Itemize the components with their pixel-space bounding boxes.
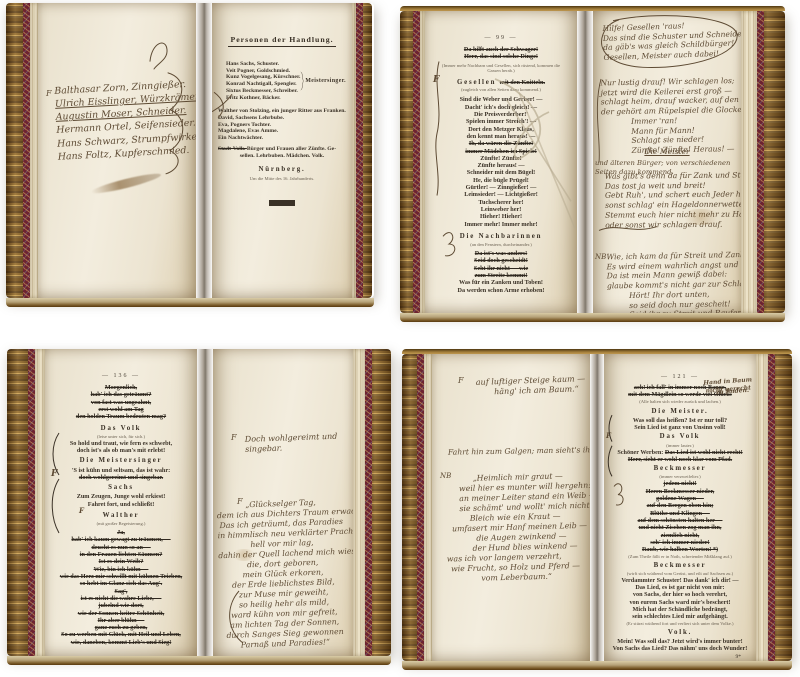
text-line: Da werden schon Arme erhoben! [431, 287, 571, 294]
text-line: Ist es dein Weib? [51, 558, 191, 565]
text-line: Seht ihr nicht — wie [431, 265, 571, 272]
text-line: Ja, [51, 529, 191, 536]
hand-heading-text: Die Meister [644, 147, 689, 156]
marbled-edge [417, 354, 424, 661]
text-line: Morgenlich, [51, 384, 191, 391]
text-line: erst wohl am Tag [51, 406, 191, 413]
text-line: Magdalene, Evas Amme. [218, 128, 346, 135]
text-line: 'S ist kühn und seltsam, das ist wahr: [51, 467, 191, 474]
text-line: Sachs [51, 484, 191, 492]
book-photo-top-left: F Balthasar Zorn, Zinngießer.Ulrich Eiss… [6, 3, 374, 307]
book-bottom-edge [7, 656, 391, 665]
text-line: auf den Bergen oben hin; [609, 502, 751, 509]
text-line: Immer mehr! Immer mehr! [431, 221, 571, 228]
text-line: deucht es nun so an — [51, 544, 191, 551]
text-line: sellen. Lehrbuben. Mädchen. Volk. [218, 153, 346, 160]
book-photo-bottom-left: — 136 —Morgenlich,hab' ich das geträumt?… [7, 349, 391, 665]
hand-block: auf luftiger Steige kaum —häng' ich am B… [476, 374, 586, 398]
text-line: hab' ich kaum gewagt zu träumen, — [51, 536, 191, 543]
text-line: Sind die Weber und Gerber! — [431, 96, 571, 103]
text-line: wie, daneben, kommt Lieb's und Sieg! [51, 639, 191, 646]
hand-line: Doch wohlgereimt und singebar. [245, 431, 353, 455]
text-line: Volk. [609, 629, 751, 637]
text-line: Wie, bin ich kühn — [51, 566, 191, 573]
cast-rest: Walther von Stolzing, ein junger Ritter … [218, 108, 346, 206]
book-bottom-edge [402, 661, 792, 670]
text-line: goldene Wagen — [609, 495, 751, 502]
text-segment: Bürger und Frauen aller Zünfte. Ge- [247, 146, 336, 152]
fore-edge-pages [353, 349, 365, 656]
hand-block: Was gibt's denn da für Zank und Streit?D… [605, 170, 741, 230]
margin-mark: F [51, 469, 57, 480]
text-line: (mit großer Begeisterung.) [51, 521, 191, 527]
text-line: seh' ich immer nieder! [609, 539, 751, 546]
text-line: immer Mädchen im Spiele! [431, 148, 571, 155]
text-line: Hans Sachs, Schuster. [226, 61, 300, 68]
printed-verse: — 136 —Morgenlich,hab' ich das geträumt?… [45, 349, 197, 646]
book-cover-right [768, 354, 792, 661]
nb-margin-mark: NB [595, 253, 606, 261]
text-line: Zum Zeugen, Junge wohl erkiest! [51, 493, 191, 500]
text-line: Sag', [51, 588, 191, 595]
text-line: den holden Traum bedeuten mag? [51, 413, 191, 420]
left-page-manuscript: F Balthasar Zorn, Zinngießer.Ulrich Eiss… [38, 3, 196, 298]
book-bottom-edge [6, 298, 374, 307]
text-line: Was gibt's denn da für Zank und Streit? [605, 170, 741, 181]
text-line: ganz euch zu geben, [51, 624, 191, 631]
text-line: Die Preisverderber!' [431, 111, 571, 118]
text-line: Walther [51, 512, 191, 520]
page-block-edge-left [30, 3, 38, 298]
text-line: Herrn Beckmesser nieder, [609, 488, 751, 495]
hand-block: Nur lustig drauf! Wir schlagen los;jetzt… [600, 76, 741, 157]
book-bottom-edge [400, 313, 785, 322]
book-gutter [197, 349, 213, 656]
cast-group-label: Meistersinger. [305, 78, 346, 85]
book-cover-right [356, 3, 372, 298]
page-stain [231, 549, 257, 561]
text-segment: Schöner Werben: [617, 449, 665, 456]
book-cover-left [400, 11, 420, 313]
text-line: Herr, das sind solche Dinge! [431, 53, 571, 60]
page-title: Personen der Handlung. [228, 35, 335, 47]
text-line: Schöner Werben: Das Lied ist wohl nicht … [609, 449, 751, 456]
cast-list: Hans Sachs, Schuster.Veit Pogner, Goldsc… [226, 61, 300, 101]
text-line: So zu werben mit Glück, mit Heil und Leb… [51, 631, 191, 638]
right-page-printed: Personen der Handlung. Hans Sachs, Schus… [212, 3, 352, 298]
text-line: (Er stürzt wüthend fort und verliert sic… [609, 621, 751, 627]
book-gutter [590, 354, 604, 661]
text-line: (Immer mehr Nachbarn und Gesellen, sich … [431, 63, 571, 74]
text-segment: mit den Knitteln. [500, 79, 545, 86]
text-line: Da hilft auch der Schwager! [431, 46, 571, 53]
text-line: jubelnd wie dort, [51, 602, 191, 609]
marbled-edge [365, 349, 372, 656]
page-block-edge-left [424, 354, 432, 661]
text-segment: Stadt-Volk. [218, 146, 247, 152]
marbled-edge [28, 349, 35, 656]
text-line: Veit Pogner, Goldschmied. [226, 68, 300, 75]
book-gutter [577, 11, 593, 313]
text-line: — 99 — [431, 35, 571, 42]
text-line: Kunz Vogelgesang, Kürschner. [226, 74, 300, 81]
text-line: Tuchscherer her! [431, 199, 571, 206]
text-line: Was für ein Zanken und Toben! [431, 279, 571, 286]
serenade-draft: „Heimlich mir graut —weil hier es munter… [459, 470, 590, 584]
text-line: Herr, sieht er wohl noch klar vom Pfad. [609, 456, 751, 463]
text-line: Fahret fort, und schließt! [51, 501, 191, 508]
text-line: Fritz Kothner, Bäcker. [226, 95, 300, 102]
text-line: So hold und traut, wie fern es schwebt, [51, 440, 191, 447]
text-line: — 136 — [51, 373, 191, 380]
hand-line: Fahrt hin zum Galgen; man sieht's ihm sc… [448, 444, 590, 457]
page-block-edge-left [35, 349, 45, 656]
fore-edge-pages [756, 354, 768, 661]
book-cover-left [6, 3, 30, 298]
text-line: Mein! Was soll das? Jetzt wird's immer b… [609, 638, 751, 645]
text-segment: Das Lied ist wohl nicht recht! [665, 449, 743, 456]
text-line: hab' ich das geträumt? [51, 391, 191, 398]
margin-mark: F [433, 75, 439, 86]
text-line: Stadt-Volk. Bürger und Frauen aller Zünf… [218, 146, 346, 153]
open-book: F auf luftiger Steige kaum —häng' ich am… [402, 354, 792, 661]
text-line: (Zum Theile fällt er in Noth, schreiende… [609, 554, 751, 560]
text-line: Fahrt hin zum Galgen; man sieht's ihm sc… [448, 444, 590, 457]
catalog-photo-sheet: { "colors":{"background":"#ffffff","page… [0, 0, 800, 677]
text-line: Um die Mitte des 16. Jahrhunderts. [218, 176, 346, 182]
text-line [269, 200, 295, 206]
text-line: Spielen immer Streich'! — [431, 118, 571, 125]
fore-edge-pages [741, 11, 757, 313]
marbled-edge [757, 11, 764, 313]
text-line: Schneider mit dem Bügel! [431, 169, 571, 176]
margin-mark: F [79, 507, 84, 515]
text-line: Leinweber her! [431, 206, 571, 213]
text-line: Eva, Pogners Tochter. [218, 122, 346, 129]
text-line: wie der Sonnen heitre Schönheit, [51, 610, 191, 617]
text-line: wie das Herz mir schwillt mit kühnen Tri… [51, 573, 191, 580]
prize-song-draft: „Glückselger Tag,dem ich aus Dichters Tr… [216, 497, 349, 651]
right-page-printed: — 121 —ach! ich fall' in immer noch Bang… [604, 354, 756, 661]
text-line: sein schlechtes Lied mir aufgehängt. [609, 613, 751, 620]
text-line: Ih, da wären die Zünfte! [431, 140, 571, 147]
text-line: den kennt man heraus! — [431, 133, 571, 140]
ink-smudge [90, 170, 162, 196]
text-line: zum Streite kommt! [431, 272, 571, 279]
handwritten-names: Balthasar Zorn, Zinngießer.Ulrich Eissli… [54, 77, 196, 163]
printed-verse: — 121 —ach! ich fall' in immer noch Bang… [604, 354, 756, 661]
text-line: (wirft sich wüthend vom Gerüst, und eilt… [609, 571, 751, 577]
text-line: Nürnberg. [218, 166, 346, 174]
text-line: so hebt im Glanz sich das Aug'. [51, 580, 191, 587]
text-line: häng' ich am Baum.“ [494, 384, 586, 397]
text-line: Die Meistersinger [51, 457, 191, 465]
book-photo-bottom-right: F auf luftiger Steige kaum —häng' ich am… [402, 349, 792, 655]
text-line: Was soll das heißen? Ist er nur toll? [609, 417, 751, 424]
text-line: Hieher! Hieher! [431, 213, 571, 220]
marbled-edge [768, 354, 775, 661]
text-line: Das Volk [609, 433, 751, 441]
marbled-edge [23, 3, 30, 298]
text-line: Zünfte heraus! — [431, 162, 571, 169]
book-cover-right [365, 349, 391, 656]
text-line: doch wohlgereimt und singebar. [51, 474, 191, 481]
margin-mark: NB [440, 472, 451, 480]
text-line: Gesellen mit den Knitteln. [431, 79, 571, 87]
text-line: Gürtler! — Zinngießer! — [431, 184, 571, 191]
margin-mark: F [231, 433, 237, 442]
text-line: Dort den Metzger Klaus, [431, 126, 571, 133]
open-book: — 99 —Da hilft auch der Schwager!Herr, d… [400, 11, 785, 313]
book-cover-right [757, 11, 785, 313]
cast-list-row: Hans Sachs, Schuster.Veit Pogner, Goldsc… [226, 57, 346, 105]
left-page-printed: — 99 —Da hilft auch der Schwager!Herr, d… [425, 11, 577, 313]
text-line: von eurem Sachs ward mir's beschert! [609, 599, 751, 606]
text-line: David, Sachsens Lehrbube. [218, 115, 346, 122]
margin-mark: F [458, 376, 464, 385]
text-line: von Sachs, der hier so hoch verehrt, [609, 591, 751, 598]
marbled-edge [413, 11, 420, 313]
text-line: ziemlich nicht, [609, 532, 751, 539]
text-line: Leimsieder! — Lichtgießer! [431, 191, 571, 198]
page-stain [679, 209, 723, 225]
left-page-manuscript: F auf luftiger Steige kaum —häng' ich am… [432, 354, 590, 661]
text-line: doch ist's als ob man's mit erlebt! [51, 447, 191, 454]
right-page-manuscript: F Doch wohlgereimt und singebar. F „Glüc… [213, 349, 353, 656]
text-line: Zünfte! Zünfte! [431, 155, 571, 162]
cast-brace [300, 57, 304, 105]
book-cover-left [7, 349, 35, 656]
book-cover-left [402, 354, 424, 661]
text-line: Raub, wie halben Worten! *) [609, 546, 751, 553]
text-line: Da ist's was anders! [431, 250, 571, 257]
marbled-edge [356, 3, 363, 298]
text-line: Die Meister. [609, 408, 751, 416]
margin-mark: F [46, 89, 52, 98]
text-line: auf dem schönsten halten her — [609, 517, 751, 524]
text-line: Verdammter Schuster! Das dank' ich dir! … [609, 577, 751, 584]
hand-block: Wie, ich kam da für Streit und Zank!Es w… [606, 250, 741, 313]
right-page-manuscript: Hilfe! Gesellen 'raus!Das sind die Schus… [593, 11, 741, 313]
text-line: Walther von Stolzing, ein junger Ritter … [218, 108, 346, 115]
text-line: (zugleich von allen Seiten dazu kommend.… [431, 87, 571, 93]
text-line: 9* [609, 654, 751, 660]
hand-block-circled: Hilfe! Gesellen 'raus!Das sind die Schus… [602, 18, 741, 63]
text-line: Die Nachbarinnen [431, 233, 571, 241]
text-line: Dacht' ich's doch gleich! — [431, 104, 571, 111]
open-book: F Balthasar Zorn, Zinngießer.Ulrich Eiss… [6, 3, 374, 298]
text-line: Das Lied, es ist gar nicht von mir: [609, 584, 751, 591]
text-line: Seid doch gescheidt! [431, 257, 571, 264]
text-line: (Alle halten sich wieder zurück und lach… [609, 399, 751, 405]
text-line: und nicht Zischen zog man ihn, [609, 524, 751, 531]
text-line: jedem nicht! [609, 480, 751, 487]
hand-heading: Die Meister [593, 147, 741, 157]
text-line: Sein Lied ist ganz von Unsinn voll! [609, 424, 751, 431]
text-line: Beckmesser [609, 465, 751, 473]
text-line: Beckmesser [609, 562, 751, 570]
printed-verse: — 99 —Da hilft auch der Schwager!Herr, d… [425, 11, 577, 294]
margin-mark: F [606, 432, 611, 440]
text-line: (an den Fenstern, durcheinander.) [431, 242, 571, 248]
text-line: in den Frauen lichten Säumen? [51, 551, 191, 558]
text-line: Mich hat der Schändliche bedrängt, [609, 606, 751, 613]
book-gutter [196, 3, 212, 298]
text-line: He, die bügle Prügel! [431, 177, 571, 184]
text-line: Sixtus Beckmesser, Schreiber. [226, 88, 300, 95]
text-line: Ihr aber blühn — [51, 617, 191, 624]
text-line: Von Sachs das Lied? Das nähm' uns doch W… [609, 645, 751, 652]
text-line: Blüthe und Klingen — [609, 510, 751, 517]
text-line: von fast was ungeahnt, [51, 399, 191, 406]
text-line: Das Volk [51, 425, 191, 433]
open-book: — 136 —Morgenlich,hab' ich das geträumt?… [7, 349, 391, 656]
text-segment: Gesellen [457, 79, 500, 86]
text-line: Ein Nachtwächter. [218, 135, 346, 142]
left-page-printed: — 136 —Morgenlich,hab' ich das geträumt?… [45, 349, 197, 656]
text-line: Konrad Nachtigall, Spengler. [226, 81, 300, 88]
text-line: ist es nicht die wahre Liebe, — [51, 595, 191, 602]
book-photo-top-right: — 99 —Da hilft auch der Schwager!Herr, d… [400, 6, 785, 322]
